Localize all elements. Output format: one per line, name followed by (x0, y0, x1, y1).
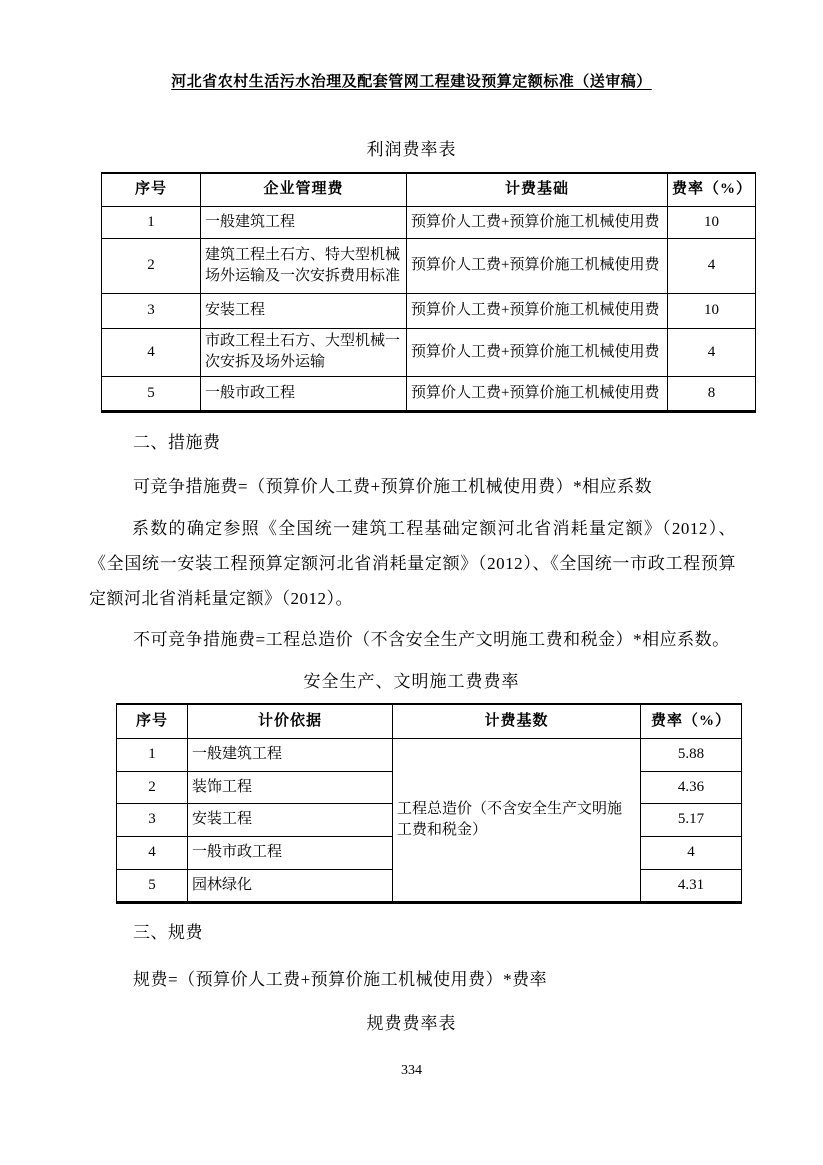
fees-table-title: 规费费率表 (0, 1009, 823, 1034)
table-row: 3 安装工程 预算价人工费+预算价施工机械使用费 10 (102, 293, 756, 328)
table-row: 1 一般建筑工程 工程总造价（不含安全生产文明施工费和税金） 5.88 (117, 738, 742, 771)
formula-noncompetitive-measures: 不可竞争措施费=工程总造价（不含安全生产文明施工费和税金）*相应系数。 (133, 625, 730, 650)
row-basis: 预算价人工费+预算价施工机械使用费 (407, 293, 668, 328)
table-row: 2 建筑工程土石方、特大型机械场外运输及一次安拆费用标准 预算价人工费+预算价施… (102, 238, 756, 293)
profit-table-header-row: 序号 企业管理费 计费基础 费率（%） (102, 173, 756, 206)
row-no: 2 (117, 771, 188, 803)
row-rate: 10 (668, 206, 756, 238)
row-item: 市政工程土石方、大型机械一次安拆及场外运输 (201, 328, 407, 376)
safety-header-rate: 费率（%） (641, 704, 742, 738)
safety-header-item: 计价依据 (188, 704, 393, 738)
profit-header-item: 企业管理费 (201, 173, 407, 206)
document-title: 河北省农村生活污水治理及配套管网工程建设预算定额标准（送审稿） (0, 70, 823, 91)
row-rate: 4 (668, 328, 756, 376)
row-item: 园林绿化 (188, 869, 393, 902)
row-no: 5 (102, 376, 201, 411)
table-row: 4 市政工程土石方、大型机械一次安拆及场外运输 预算价人工费+预算价施工机械使用… (102, 328, 756, 376)
row-rate: 4 (641, 836, 742, 869)
table-row: 1 一般建筑工程 预算价人工费+预算价施工机械使用费 10 (102, 206, 756, 238)
document-page: 河北省农村生活污水治理及配套管网工程建设预算定额标准（送审稿） 利润费率表 序号… (0, 0, 823, 1165)
row-item: 装饰工程 (188, 771, 393, 803)
row-rate: 4.36 (641, 771, 742, 803)
section2-heading: 二、措施费 (133, 428, 221, 453)
row-rate: 5.17 (641, 803, 742, 836)
safety-fee-table: 序号 计价依据 计费基数 费率（%） 1 一般建筑工程 工程总造价（不含安全生产… (116, 703, 742, 904)
row-basis: 预算价人工费+预算价施工机械使用费 (407, 206, 668, 238)
formula-fees: 规费=（预算价人工费+预算价施工机械使用费）*费率 (133, 965, 547, 990)
merged-basis-cell: 工程总造价（不含安全生产文明施工费和税金） (393, 738, 641, 902)
row-item: 一般建筑工程 (188, 738, 393, 771)
safety-header-no: 序号 (117, 704, 188, 738)
safety-header-basis: 计费基数 (393, 704, 641, 738)
profit-header-basis: 计费基础 (407, 173, 668, 206)
row-no: 2 (102, 238, 201, 293)
profit-table-title: 利润费率表 (0, 135, 823, 160)
row-item: 一般市政工程 (188, 836, 393, 869)
row-rate: 4.31 (641, 869, 742, 902)
row-item: 建筑工程土石方、特大型机械场外运输及一次安拆费用标准 (201, 238, 407, 293)
row-rate: 4 (668, 238, 756, 293)
row-no: 4 (102, 328, 201, 376)
coefficient-reference-paragraph: 系数的确定参照《全国统一建筑工程基础定额河北省消耗量定额》（2012）、《全国统… (89, 511, 736, 616)
row-no: 5 (117, 869, 188, 902)
row-basis: 预算价人工费+预算价施工机械使用费 (407, 238, 668, 293)
row-item: 安装工程 (188, 803, 393, 836)
formula-competitive-measures: 可竞争措施费=（预算价人工费+预算价施工机械使用费）*相应系数 (133, 472, 652, 497)
row-basis: 预算价人工费+预算价施工机械使用费 (407, 328, 668, 376)
table-row: 5 一般市政工程 预算价人工费+预算价施工机械使用费 8 (102, 376, 756, 411)
row-basis: 预算价人工费+预算价施工机械使用费 (407, 376, 668, 411)
row-rate: 8 (668, 376, 756, 411)
row-rate: 5.88 (641, 738, 742, 771)
row-no: 1 (102, 206, 201, 238)
safety-table-header-row: 序号 计价依据 计费基数 费率（%） (117, 704, 742, 738)
profit-header-rate: 费率（%） (668, 173, 756, 206)
row-item: 一般市政工程 (201, 376, 407, 411)
page-number: 334 (0, 1063, 823, 1079)
row-no: 4 (117, 836, 188, 869)
safety-table-title: 安全生产、文明施工费费率 (0, 667, 823, 692)
row-item: 安装工程 (201, 293, 407, 328)
row-rate: 10 (668, 293, 756, 328)
row-no: 1 (117, 738, 188, 771)
section3-heading: 三、规费 (133, 918, 203, 943)
profit-rate-table: 序号 企业管理费 计费基础 费率（%） 1 一般建筑工程 预算价人工费+预算价施… (101, 172, 756, 413)
row-no: 3 (117, 803, 188, 836)
row-no: 3 (102, 293, 201, 328)
profit-header-no: 序号 (102, 173, 201, 206)
row-item: 一般建筑工程 (201, 206, 407, 238)
